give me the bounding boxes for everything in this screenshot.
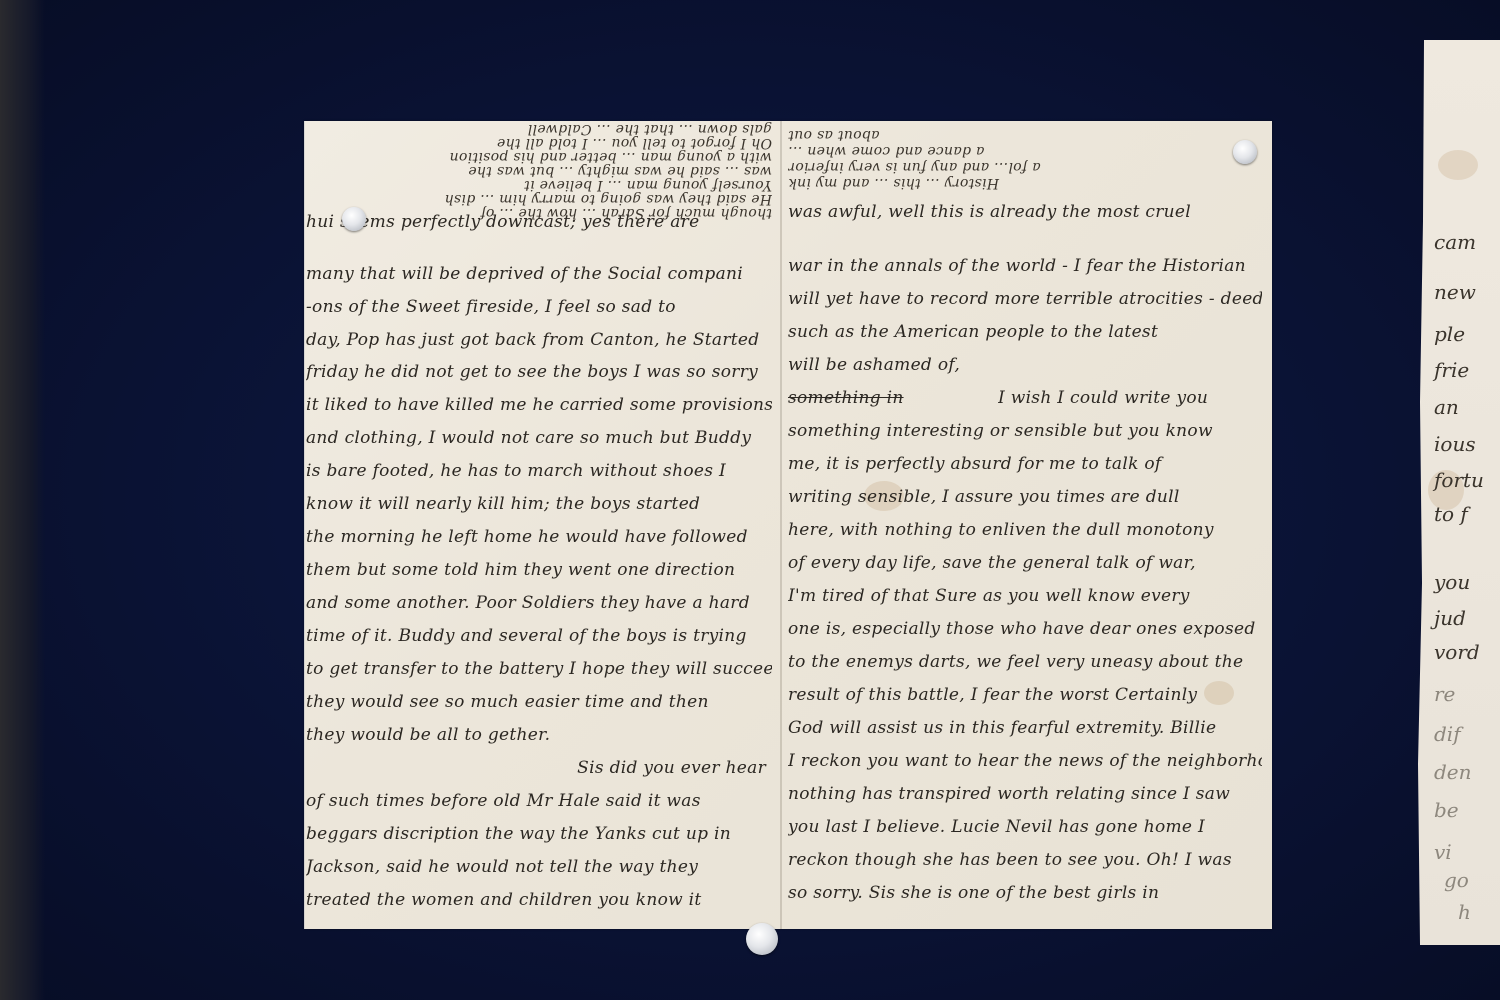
text-line: so sorry. Sis she is one of the best gir… (788, 882, 1262, 906)
text-line: Sis did you ever hear (306, 757, 772, 781)
text-line: was awful, well this is already the most… (788, 201, 1262, 225)
text-fragment: an (1434, 395, 1459, 419)
text-line: them but some told him they went one dir… (306, 559, 772, 583)
text-fragment: to f (1434, 502, 1468, 526)
text-fragment: dif (1434, 722, 1461, 746)
upside-down-text-left: though much for Sarah ... how the ... of… (306, 121, 772, 221)
text-line: God will assist us in this fearful extre… (788, 717, 1262, 741)
upside-down-text-right: History ... this ... and my ink a fol...… (788, 121, 1262, 191)
text-line: time of it. Buddy and several of the boy… (306, 625, 772, 649)
struck-text-line: something in (788, 387, 938, 411)
mounting-pin (342, 207, 366, 231)
text-line: one is, especially those who have dear o… (788, 618, 1262, 642)
text-line: -ons of the Sweet fireside, I feel so sa… (306, 296, 772, 320)
text-line: Jackson, said he would not tell the way … (306, 856, 772, 880)
text-line: me, it is perfectly absurd for me to tal… (788, 453, 1262, 477)
text-line: will be ashamed of, (788, 354, 1262, 378)
margin-rule (304, 121, 305, 929)
text-fragment: new (1434, 280, 1476, 304)
text-line: friday he did not get to see the boys I … (306, 361, 772, 385)
text-fragment: be (1434, 798, 1459, 822)
background-edge-shadow (0, 0, 45, 1000)
text-fragment: ious (1434, 432, 1476, 456)
text-fragment: h (1458, 900, 1471, 924)
mounting-pin (1233, 140, 1257, 164)
text-fragment: fortu (1434, 468, 1484, 492)
text-line: to get transfer to the battery I hope th… (306, 658, 772, 682)
text-line: will yet have to record more terrible at… (788, 288, 1262, 312)
text-line: they would see so much easier time and t… (306, 691, 772, 715)
text-fragment: den (1434, 760, 1472, 784)
right-column: History ... this ... and my ink a fol...… (788, 121, 1262, 929)
text-line: of such times before old Mr Hale said it… (306, 790, 772, 814)
text-fragment: you (1434, 570, 1470, 594)
text-fragment: frie (1434, 358, 1469, 382)
text-line: reckon though she has been to see you. O… (788, 849, 1262, 873)
text-line: it liked to have killed me he carried so… (306, 394, 772, 418)
text-line: treated the women and children you know … (306, 889, 772, 913)
text-line: know it will nearly kill him; the boys s… (306, 493, 772, 517)
text-line: beggars discription the way the Yanks cu… (306, 823, 772, 847)
text-fragment: re (1434, 682, 1455, 706)
text-line: of every day life, save the general talk… (788, 552, 1262, 576)
upside-line: a dance and come when ... (788, 141, 1262, 159)
text-line: is bare footed, he has to march without … (306, 460, 772, 484)
upside-line: a fol... and any fun is very inferior (788, 157, 1262, 175)
left-column: though much for Sarah ... how the ... of… (306, 121, 772, 929)
text-line: here, with nothing to enliven the dull m… (788, 519, 1262, 543)
text-line: war in the annals of the world - I fear … (788, 255, 1262, 279)
text-fragment: ple (1434, 322, 1465, 346)
mounting-pin (746, 923, 778, 955)
text-line: I'm tired of that Sure as you well know … (788, 585, 1262, 609)
text-line: day, Pop has just got back from Canton, … (306, 329, 772, 353)
text-line: nothing has transpired worth relating si… (788, 783, 1262, 807)
text-fragment: vord (1434, 640, 1480, 664)
text-line: you last I believe. Lucie Nevil has gone… (788, 816, 1262, 840)
upside-line: History ... this ... and my ink (788, 173, 1262, 191)
upside-line: gals down ... that the ... Caldwell (306, 119, 772, 137)
text-line: such as the American people to the lates… (788, 321, 1262, 345)
text-fragment: cam (1434, 230, 1476, 254)
text-line: many that will be deprived of the Social… (306, 263, 772, 287)
text-line: hui seems perfectly downcast; yes there … (306, 211, 772, 235)
text-fragment: go (1444, 868, 1469, 892)
text-line: I reckon you want to hear the news of th… (788, 750, 1262, 774)
upside-line: about as out (788, 125, 1262, 143)
center-fold (780, 121, 782, 929)
paper-stain (1438, 150, 1478, 180)
text-fragment: jud (1434, 606, 1466, 630)
text-line: they would be all to gether. (306, 724, 772, 748)
text-line: to the enemys darts, we feel very uneasy… (788, 651, 1262, 675)
adjacent-letter-page: cam new ple frie an ious fortu to f you … (1418, 40, 1500, 945)
text-line: writing sensible, I assure you times are… (788, 486, 1262, 510)
text-line: and some another. Poor Soldiers they hav… (306, 592, 772, 616)
text-line: result of this battle, I fear the worst … (788, 684, 1262, 708)
text-line: the morning he left home he would have f… (306, 526, 772, 550)
text-line: I wish I could write you (998, 387, 1262, 411)
text-line: something interesting or sensible but yo… (788, 420, 1262, 444)
letter-sheet: though much for Sarah ... how the ... of… (304, 121, 1272, 929)
text-line: and clothing, I would not care so much b… (306, 427, 772, 451)
text-fragment: vi (1434, 840, 1452, 864)
